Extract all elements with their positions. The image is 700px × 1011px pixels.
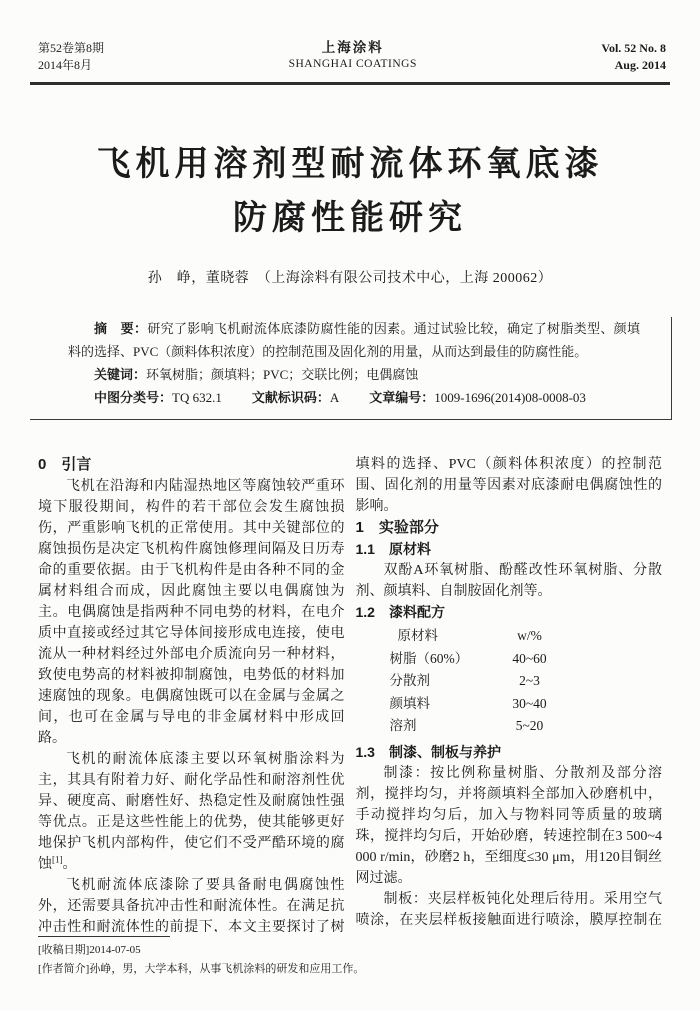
- issue-volume-cn: 第52卷第8期: [38, 40, 104, 57]
- abstract-paragraph: 摘 要：研究了影响飞机耐流体底漆防腐性能的因素。通过试验比较，确定了树脂类型、颜…: [68, 317, 640, 363]
- header-rule: [30, 82, 670, 85]
- issue-volume-en: Vol. 52 No. 8: [601, 40, 666, 57]
- journal-name-block: 上海涂料 SHANGHAI COATINGS: [289, 39, 417, 72]
- article-title-line2: 防腐性能研究: [0, 197, 700, 241]
- footnote-block: [收稿日期]2014-07-05 [作者简介]孙峥，男，大学本科，从事飞机涂料的…: [38, 936, 700, 979]
- formula-table-row: 颜填料 30~40: [356, 693, 663, 716]
- article-title-line1: 飞机用溶剂型耐流体环氧底漆: [0, 143, 700, 187]
- intro-paragraph-3-continued: 填料的选择、PVC（颜料体积浓度）的控制范围、固化剂的用量等因素对底漆耐电偶腐蚀…: [356, 454, 663, 517]
- subsection-raw-materials: 1.1 原材料: [356, 539, 663, 560]
- keywords-label: 关键词：: [94, 367, 146, 382]
- formula-cell-material: 分散剂: [356, 670, 488, 693]
- section-heading-experiment: 1 实验部分: [356, 517, 663, 539]
- journal-name-cn: 上海涂料: [289, 39, 417, 56]
- intro-paragraph-2-text: 飞机的耐流体底漆主要以环氧树脂涂料为主，其具有附着力好、耐化学品性和耐溶剂性优异…: [38, 752, 345, 872]
- panel-making-paragraph: 制板：夹层样板钝化处理后待用。采用空气喷涂，在夹层样板接触面进行喷涂，膜厚控制在…: [356, 889, 663, 933]
- running-head: 第52卷第8期 2014年8月 上海涂料 SHANGHAI COATINGS V…: [0, 0, 700, 74]
- formula-cell-value: 30~40: [488, 693, 572, 716]
- right-column: 填料的选择、PVC（颜料体积浓度）的控制范围、固化剂的用量等因素对底漆耐电偶腐蚀…: [356, 454, 663, 932]
- clc-value: TQ 632.1: [172, 390, 222, 405]
- paint-making-paragraph: 制漆：按比例称量树脂、分散剂及部分溶剂，搅拌均匀，并将颜填料全部加入砂磨机中，手…: [356, 763, 663, 889]
- abstract-block: 摘 要：研究了影响飞机耐流体底漆防腐性能的因素。通过试验比较，确定了树脂类型、颜…: [30, 313, 672, 420]
- raw-materials-paragraph: 双酚A环氧树脂、酚醛改性环氧树脂、分散剂、颜填料、自制胺固化剂等。: [356, 560, 663, 602]
- reference-superscript: [1]: [52, 854, 63, 864]
- footnote-rule: [38, 936, 170, 937]
- formula-table-header-wpct: w/%: [488, 625, 572, 648]
- formula-table-header-row: 原材料 w/%: [356, 625, 663, 648]
- journal-name-en: SHANGHAI COATINGS: [289, 56, 417, 72]
- body-columns: 0 引言 飞机在沿海和内陆湿热地区等腐蚀较严重环境下服役期间，构件的若干部位会发…: [38, 454, 662, 932]
- issue-info-cn: 第52卷第8期 2014年8月: [38, 40, 104, 74]
- intro-paragraph-2: 飞机的耐流体底漆主要以环氧树脂涂料为主，其具有附着力好、耐化学品性和耐溶剂性优异…: [38, 749, 345, 875]
- abstract-right-rule: [671, 317, 673, 419]
- formula-cell-value: 5~20: [488, 715, 572, 738]
- doc-code-label: 文献标识码：: [252, 390, 330, 405]
- formula-table-header-material: 原材料: [356, 625, 488, 648]
- abstract-label: 摘 要：: [94, 321, 147, 336]
- formula-table-row: 分散剂 2~3: [356, 670, 663, 693]
- issue-date-en: Aug. 2014: [601, 57, 666, 74]
- formula-table: 原材料 w/% 树脂（60%） 40~60 分散剂 2~3 颜填料 30~40 …: [356, 625, 663, 738]
- intro-paragraph-3: 飞机耐流体底漆除了要具备耐电偶腐蚀性外，还需要具备抗冲击性和耐流体性。在满足抗冲…: [38, 875, 345, 932]
- intro-paragraph-1: 飞机在沿海和内陆湿热地区等腐蚀较严重环境下服役期间，构件的若干部位会发生腐蚀损伤…: [38, 476, 345, 749]
- footnote-received-date: [收稿日期]2014-07-05: [38, 941, 700, 960]
- doc-code-value: A: [330, 390, 339, 405]
- subsection-preparation: 1.3 制漆、制板与养护: [356, 742, 663, 763]
- section-heading-intro: 0 引言: [38, 454, 345, 476]
- authors-line: 孙 峥，董晓蓉 （上海涂料有限公司技术中心，上海 200062）: [0, 267, 700, 287]
- formula-table-row: 溶剂 5~20: [356, 715, 663, 738]
- journal-page: 第52卷第8期 2014年8月 上海涂料 SHANGHAI COATINGS V…: [0, 0, 700, 1011]
- formula-cell-material: 溶剂: [356, 715, 488, 738]
- formula-cell-material: 树脂（60%）: [356, 648, 488, 671]
- footnote-author-bio: [作者简介]孙峥，男，大学本科，从事飞机涂料的研发和应用工作。: [38, 960, 700, 979]
- left-column: 0 引言 飞机在沿海和内陆湿热地区等腐蚀较严重环境下服役期间，构件的若干部位会发…: [38, 454, 345, 932]
- keywords-line: 关键词：环氧树脂；颜填料；PVC；交联比例；电偶腐蚀: [68, 363, 640, 386]
- article-id-value: 1009-1696(2014)08-0008-03: [434, 390, 586, 405]
- abstract-text: 研究了影响飞机耐流体底漆防腐性能的因素。通过试验比较，确定了树脂类型、颜填料的选…: [68, 321, 640, 359]
- intro-paragraph-2-end: 。: [63, 857, 77, 872]
- article-id-label: 文章编号：: [369, 390, 434, 405]
- clc-label: 中图分类号：: [94, 390, 172, 405]
- formula-cell-value: 40~60: [488, 648, 572, 671]
- classification-line: 中图分类号：TQ 632.1文献标识码：A文章编号：1009-1696(2014…: [68, 386, 640, 409]
- issue-info-en: Vol. 52 No. 8 Aug. 2014: [601, 40, 666, 74]
- formula-cell-value: 2~3: [488, 670, 572, 693]
- title-block: 飞机用溶剂型耐流体环氧底漆 防腐性能研究: [0, 143, 700, 241]
- formula-table-row: 树脂（60%） 40~60: [356, 648, 663, 671]
- keywords-text: 环氧树脂；颜填料；PVC；交联比例；电偶腐蚀: [146, 367, 418, 382]
- formula-cell-material: 颜填料: [356, 693, 488, 716]
- subsection-formula: 1.2 漆料配方: [356, 602, 663, 623]
- issue-date-cn: 2014年8月: [38, 57, 104, 74]
